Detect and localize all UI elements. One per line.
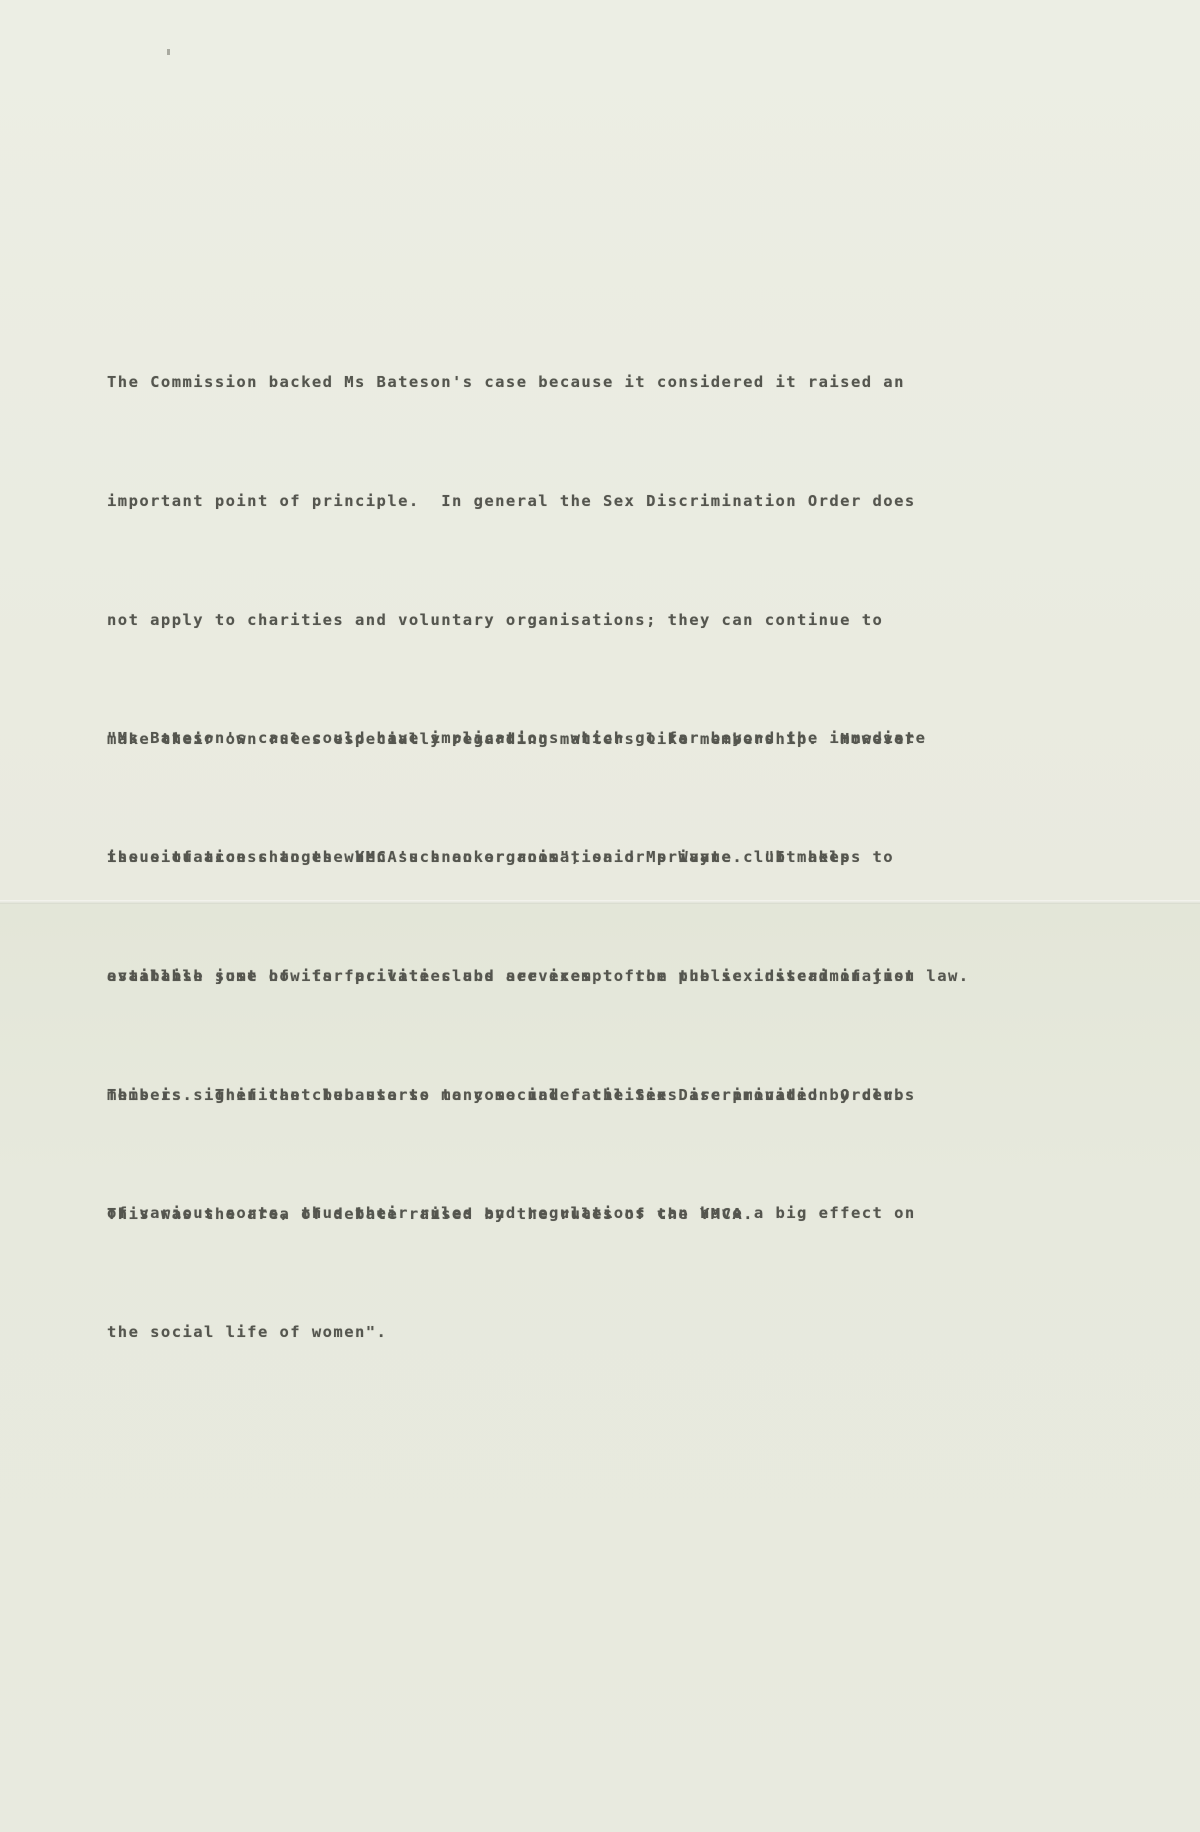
text-line: of various sorts, thus their rules and r… [107,1194,1200,1234]
text-line: important point of principle. In general… [107,482,1200,522]
text-line: establish just how far private clubs are… [107,957,1200,997]
text-line: the social life of women". [107,1313,1200,1353]
paper-speck [167,49,170,55]
paragraph-wayne-quote: "Ms Bateson's case could have implicatio… [107,640,1200,1392]
text-line: This is significant because so many soci… [107,1076,1200,1116]
text-line: The Commission backed Ms Bateson's case … [107,363,1200,403]
text-line: not apply to charities and voluntary org… [107,601,1200,641]
text-line: issue of access to the YMCA's snooker ro… [107,838,1200,878]
text-line: "Ms Bateson's case could have implicatio… [107,719,1200,759]
